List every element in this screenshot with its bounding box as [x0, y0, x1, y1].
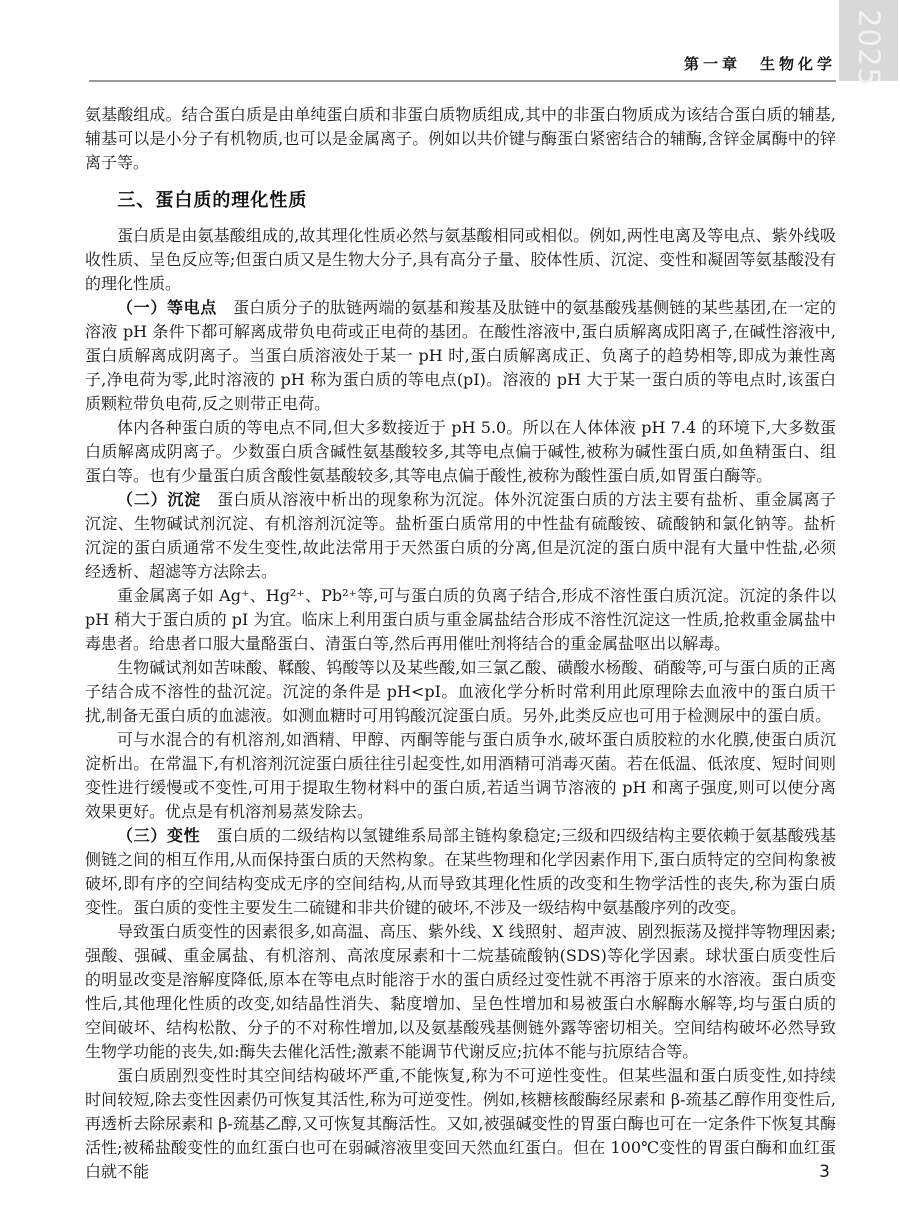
paragraph: （二）沉淀 蛋白质从溶液中析出的现象称为沉淀。体外沉淀蛋白质的方法主要有盐析、重… [85, 488, 836, 584]
paragraph-text: 导致蛋白质变性的因素很多,如高温、高压、紫外线、X 线照射、超声波、剧烈振荡及搅… [85, 922, 836, 1061]
year-tab-label: 2025 [852, 9, 886, 87]
body-text-column: 氨基酸组成。结合蛋白质是由单纯蛋白质和非蛋白质物质组成,其中的非蛋白物质成为该结… [85, 103, 836, 1184]
paragraph-text: 生物碱试剂如苦味酸、鞣酸、钨酸等以及某些酸,如三氯乙酸、磺酸水杨酸、硝酸等,可与… [85, 658, 836, 725]
paragraph-lead-precipitation: （二）沉淀 [117, 490, 201, 509]
paragraph: 生物碱试剂如苦味酸、鞣酸、钨酸等以及某些酸,如三氯乙酸、磺酸水杨酸、硝酸等,可与… [85, 656, 836, 728]
paragraph: 导致蛋白质变性的因素很多,如高温、高压、紫外线、X 线照射、超声波、剧烈振荡及搅… [85, 920, 836, 1064]
paragraph-text: 重金属离子如 Ag⁺、Hg²⁺、Pb²⁺等,可与蛋白质的负离子结合,形成不溶性蛋… [85, 586, 836, 653]
header-rule [89, 80, 836, 82]
book-page: 2025 第一章 生物化学 氨基酸组成。结合蛋白质是由单纯蛋白质和非蛋白质物质组… [0, 0, 900, 1231]
paragraph: 可与水混合的有机溶剂,如酒精、甲醇、丙酮等能与蛋白质争水,破坏蛋白质胶粒的水化膜… [85, 728, 836, 824]
paragraph-text: 蛋白质是由氨基酸组成的,故其理化性质必然与氨基酸相同或相似。例如,两性电离及等电… [85, 226, 836, 293]
year-corner-tab: 2025 [839, 0, 898, 81]
paragraph-lead-denaturation: （三）变性 [117, 826, 200, 845]
paragraph-lead-isoelectric-point: （一）等电点 [117, 298, 217, 317]
paragraph: 蛋白质是由氨基酸组成的,故其理化性质必然与氨基酸相同或相似。例如,两性电离及等电… [85, 224, 836, 296]
paragraph: （一）等电点 蛋白质分子的肽链两端的氨基和羧基及肽链中的氨基酸残基侧链的某些基团… [85, 296, 836, 416]
paragraph: 体内各种蛋白质的等电点不同,但大多数接近于 pH 5.0。所以在人体体液 pH … [85, 416, 836, 488]
intro-paragraph: 氨基酸组成。结合蛋白质是由单纯蛋白质和非蛋白质物质组成,其中的非蛋白物质成为该结… [85, 103, 836, 175]
running-head-chapter-title: 第一章 生物化学 [89, 53, 836, 74]
paragraph-text: 体内各种蛋白质的等电点不同,但大多数接近于 pH 5.0。所以在人体体液 pH … [85, 418, 836, 485]
page-number: 3 [89, 1162, 830, 1182]
paragraph-text: 可与水混合的有机溶剂,如酒精、甲醇、丙酮等能与蛋白质争水,破坏蛋白质胶粒的水化膜… [85, 730, 836, 821]
section-heading: 三、蛋白质的理化性质 [85, 189, 836, 213]
paragraph: 重金属离子如 Ag⁺、Hg²⁺、Pb²⁺等,可与蛋白质的负离子结合,形成不溶性蛋… [85, 584, 836, 656]
paragraph: （三）变性 蛋白质的二级结构以氢键维系局部主链构象稳定;三级和四级结构主要依赖于… [85, 824, 836, 920]
